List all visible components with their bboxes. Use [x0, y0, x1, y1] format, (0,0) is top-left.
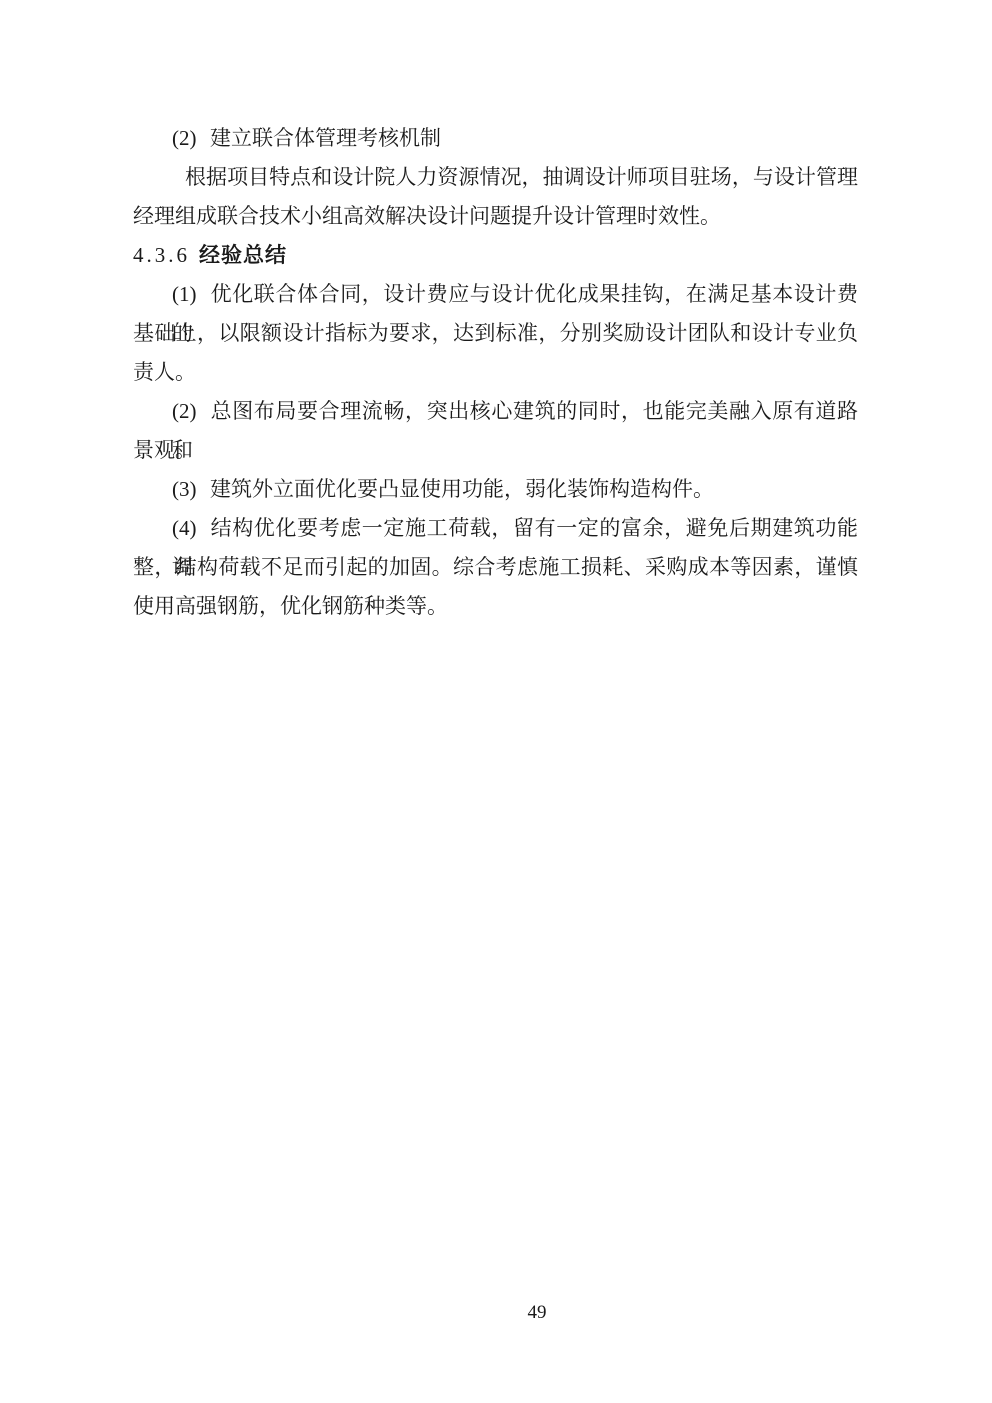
document-body: (2)建立联合体管理考核机制 根据项目特点和设计院人力资源情况，抽调设计师项目驻… — [133, 119, 858, 626]
list-item-line: (1)优化联合体合同，设计费应与设计优化成果挂钩，在满足基本设计费的 — [133, 275, 858, 314]
item-marker: (1) — [172, 275, 210, 314]
document-page: (2)建立联合体管理考核机制 根据项目特点和设计院人力资源情况，抽调设计师项目驻… — [0, 0, 992, 1403]
paragraph-line: 经理组成联合技术小组高效解决设计问题提升设计管理时效性。 — [133, 197, 858, 236]
list-item-text: 建立联合体管理考核机制 — [210, 126, 441, 150]
section-number: 4.3.6 — [133, 243, 190, 267]
item-marker: (2) — [172, 392, 210, 431]
item-marker: (2) — [172, 119, 210, 158]
list-item-line: (4)结构优化要考虑一定施工荷载，留有一定的富余，避免后期建筑功能调 — [133, 509, 858, 548]
list-item-line: (2)建立联合体管理考核机制 — [133, 119, 858, 158]
list-item-line: (3)建筑外立面优化要凸显使用功能，弱化装饰构造构件。 — [133, 470, 858, 509]
page-number: 49 — [512, 1301, 562, 1325]
paragraph-line: 整，结构荷载不足而引起的加固。综合考虑施工损耗、采购成本等因素，谨慎 — [133, 548, 858, 587]
paragraph-line: 责人。 — [133, 353, 858, 392]
item-marker: (4) — [172, 509, 210, 548]
section-title: 经验总结 — [199, 243, 287, 267]
paragraph-line: 根据项目特点和设计院人力资源情况，抽调设计师项目驻场，与设计管理 — [133, 158, 858, 197]
item-marker: (3) — [172, 470, 210, 509]
list-item-text: 建筑外立面优化要凸显使用功能，弱化装饰构造构件。 — [210, 477, 714, 501]
paragraph-line: 景观。 — [133, 431, 858, 470]
section-heading: 4.3.6经验总结 — [133, 236, 858, 275]
list-item-line: (2)总图布局要合理流畅，突出核心建筑的同时，也能完美融入原有道路和 — [133, 392, 858, 431]
paragraph-line: 使用高强钢筋，优化钢筋种类等。 — [133, 587, 858, 626]
paragraph-line: 基础上，以限额设计指标为要求，达到标准，分别奖励设计团队和设计专业负 — [133, 314, 858, 353]
